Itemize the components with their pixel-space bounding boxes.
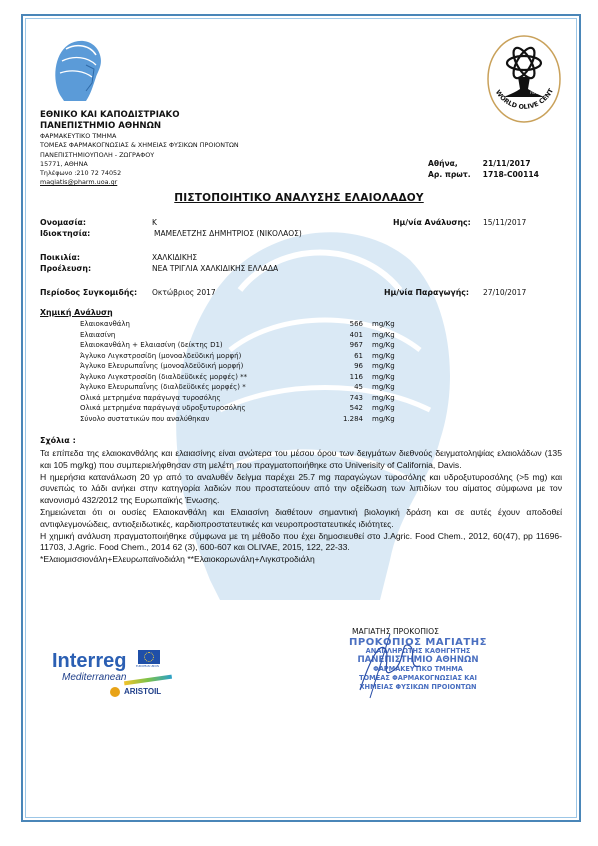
compound-value: 401 [350,330,363,340]
compound-value: 116 [350,372,363,382]
interreg-text: Interreg [52,650,126,673]
comment-paragraph: Σημειώνεται ότι οι ουσίες Ελαιοκανθάλη κ… [40,507,562,531]
name-label: Ονομασία: [40,218,86,227]
analysis-date-value: 15/11/2017 [483,218,526,227]
origin-value: ΝΕΑ ΤΡΙΓΛΙΑ ΧΑΛΚΙΔΙΚΗΣ ΕΛΛΑΔΑ [152,264,278,273]
institution-name: ΕΘΝΙΚΟ ΚΑΙ ΚΑΠΟΔΙΣΤΡΙΑΚΟ ΠΑΝΕΠΙΣΤΗΜΙΟ ΑΘ… [40,110,180,131]
comments-body: Τα επίπεδα της ελαιοκανθάλης και ελαιασί… [40,448,562,566]
harvest-value: Οκτώβριος 2017 [152,288,216,297]
compound-unit: mg/Kg [372,414,395,424]
compound-unit: mg/Kg [372,372,395,382]
compound-name: Άγλυκο Λιγκστροσίδη (διαλδεϋδικές μορφές… [80,372,247,382]
compound-unit: mg/Kg [372,340,395,350]
chemical-analysis-heading: Χημική Ανάλυση [40,308,113,317]
protocol-number: 1718-C00114 [483,170,539,179]
department: ΦΑΡΜΑΚΕΥΤΙΚΟ ΤΜΗΜΑ [40,132,239,141]
compound-value: 542 [350,403,363,413]
origin-label: Προέλευση: [40,264,91,273]
reference-block: Αθήνα, 21/11/2017 Αρ. πρωτ. 1718-C00114 [428,159,539,180]
compound-name: Ελαιασίνη [80,330,115,340]
production-date-label: Ημ/νία Παραγωγής: [384,288,469,297]
compound-unit: mg/Kg [372,382,395,392]
comment-paragraph: Τα επίπεδα της ελαιοκανθάλης και ελαιασί… [40,448,562,472]
compound-value: 96 [354,361,363,371]
city-label: Αθήνα, [428,159,480,170]
compound-unit: mg/Kg [372,319,395,329]
world-olive-center-logo-icon: FOR HEALTH WORLD OLIVE CENTER [484,33,564,125]
compound-unit: mg/Kg [372,330,395,340]
name-value: Κ [152,218,157,227]
owner-label: Ιδιοκτησία: [40,229,90,238]
analysis-date-label: Ημ/νία Ανάλυσης: [393,218,471,227]
compound-name: Ολικά μετρημένα παράγωγα τυροσόλης [80,393,221,403]
sector: ΤΟΜΕΑΣ ΦΑΡΜΑΚΟΓΝΩΣΙΑΣ & ΧΗΜΕΙΑΣ ΦΥΣΙΚΩΝ … [40,141,239,150]
handwritten-signature-icon [350,630,440,700]
compound-name: Άγλυκο Ελευρωπαΐνης (διαλδεϋδικές μορφές… [80,382,246,392]
mediterranean-text: Mediterranean [62,672,126,683]
postcode-city: 15771, ΑΘΗΝΑ [40,160,239,169]
issue-date: 21/11/2017 [483,159,531,168]
harvest-label: Περίοδος Συγκομιδής: [40,288,137,297]
eu-flag-icon [138,650,160,664]
eu-caption: EUROPEAN UNION [136,665,159,668]
comments-heading: Σχόλια : [40,436,76,445]
phone: Τηλέφωνο :210 72 74052 [40,169,239,178]
email-link[interactable]: magiatis@pharm.uoa.gr [40,178,117,186]
compound-unit: mg/Kg [372,351,395,361]
variety-value: ΧΑΛΚΙΔΙΚΗΣ [152,253,197,262]
compound-unit: mg/Kg [372,361,395,371]
comment-paragraph: Η ημερήσια κατανάλωση 20 γρ από το αναλυ… [40,472,562,507]
compound-value: 967 [350,340,363,350]
owner-value: ΜΑΜΕΛΕΤΖΗΣ ΔΗΜΗΤΡΙΟΣ (ΝΙΚΟΛΑΟΣ) [154,229,302,238]
compound-name: Σύνολο συστατικών που αναλύθηκαν [80,414,209,424]
comment-paragraph: Η χημική ανάλυση πραγματοποιήθηκε σύμφων… [40,531,562,555]
compound-unit: mg/Kg [372,393,395,403]
protocol-label: Αρ. πρωτ. [428,170,480,181]
compound-name: Άγλυκο Ελευρωπαΐνης (μονοαλδεϋδική μορφή… [80,361,243,371]
university-athena-logo-icon [50,35,106,105]
compound-name: Ελαιοκανθάλη + Ελαιασίνη (δείκτης D1) [80,340,223,350]
campus: ΠΑΝΕΠΙΣΤΗΜΙΟΥΠΟΛΗ - ΖΩΓΡΑΦΟΥ [40,151,239,160]
compound-unit: mg/Kg [372,403,395,413]
aristoil-text: ARISTOIL [124,687,161,696]
compound-value: 743 [350,393,363,403]
compound-name: Ολικά μετρημένα παράγωγα υδροξυτυροσόλης [80,403,246,413]
variety-label: Ποικιλία: [40,253,80,262]
compound-name: Άγλυκο Λιγκστροσίδη (μονοαλδεϋδική μορφή… [80,351,241,361]
compound-name: Ελαιοκανθάλη [80,319,130,329]
compound-value: 1.284 [343,414,363,424]
production-date-value: 27/10/2017 [483,288,526,297]
institution-details: ΦΑΡΜΑΚΕΥΤΙΚΟ ΤΜΗΜΑ ΤΟΜΕΑΣ ΦΑΡΜΑΚΟΓΝΩΣΙΑΣ… [40,132,239,188]
institution-name-line1: ΕΘΝΙΚΟ ΚΑΙ ΚΑΠΟΔΙΣΤΡΙΑΚΟ [40,110,180,121]
compound-value: 61 [354,351,363,361]
compound-value: 566 [350,319,363,329]
aristoil-leaf-icon [110,687,120,697]
document-title: ΠΙΣΤΟΠΟΙΗΤΙΚΟ ΑΝΑΛΥΣΗΣ ΕΛΑΙΟΛΑΔΟΥ [0,192,598,204]
institution-name-line2: ΠΑΝΕΠΙΣΤΗΜΙΟ ΑΘΗΝΩΝ [40,121,180,132]
footnote: *Ελαιομισσιονάλη+Ελευρωπαϊνοδιάλη **Ελαι… [40,554,562,566]
compound-value: 45 [354,382,363,392]
